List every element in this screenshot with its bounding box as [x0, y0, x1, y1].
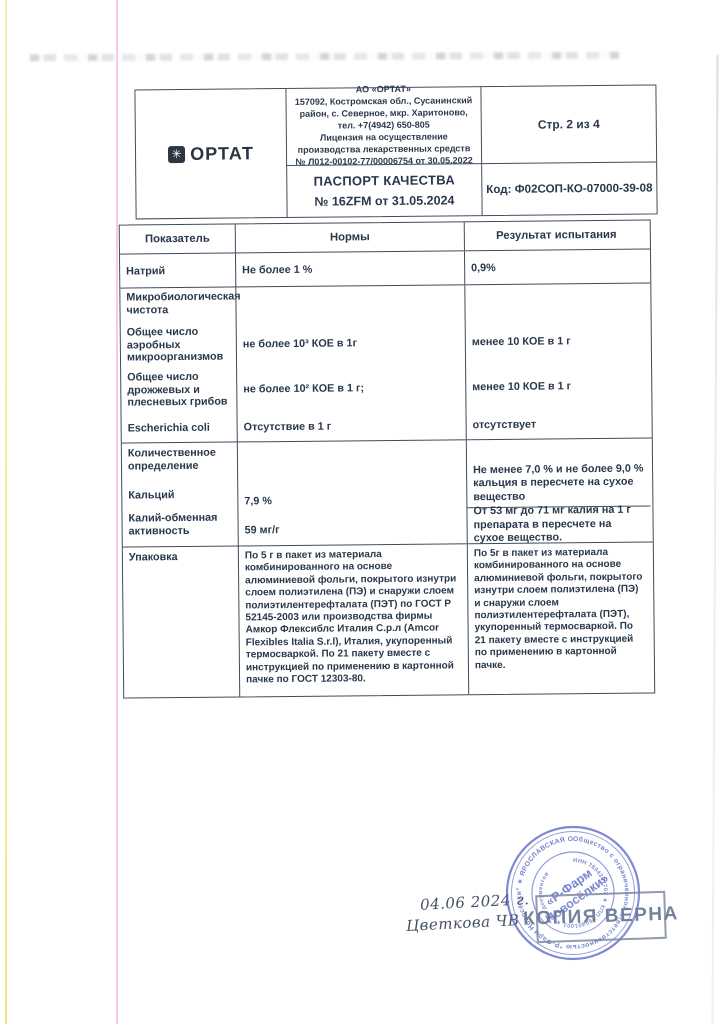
copy-verna-stamp: КОПИЯ ВЕРНА	[535, 891, 667, 944]
ortat-logo-icon: ✳	[168, 145, 185, 162]
row-result: менее 10 КОЕ в 1 г	[465, 320, 649, 364]
row-result: По 5г в пакет из материала комбинированн…	[467, 543, 652, 695]
logo-cell: ✳ ОРТАТ	[135, 89, 286, 218]
doc-title: ПАСПОРТ КАЧЕСТВА	[314, 172, 456, 188]
page-number: Стр. 2 из 4	[480, 85, 656, 164]
row-norm: Не более 1 %	[235, 251, 464, 286]
col-header-norms: Нормы	[235, 222, 464, 252]
row-result: 0,9%	[464, 250, 648, 285]
doc-number: № 16ZFM от 31.05.2024	[314, 193, 454, 208]
row-name: Упаковка	[123, 546, 239, 697]
row-norm: От 53 мг до 71 мг калия на 1 г препарата…	[466, 507, 650, 544]
row-name: Escherichia coli	[122, 413, 237, 442]
quality-table: Показатель Нормы Результат испытания Нат…	[119, 220, 656, 699]
org-name: АО «ОРТАТ»	[356, 84, 411, 96]
doc-title-cell: ПАСПОРТ КАЧЕСТВА № 16ZFM от 31.05.2024	[286, 164, 481, 217]
row-norm: не более 10³ КОЕ в 1г	[236, 321, 465, 365]
table-section-quantitative: Количественное определение Кальций Калий…	[122, 439, 653, 548]
row-name: Кальций	[128, 488, 231, 502]
section-title: Количественное определение	[128, 447, 231, 474]
col-header-indicator: Показатель	[120, 224, 235, 253]
section-title-cell: Количественное определение Кальций Калий…	[122, 442, 238, 546]
row-norm: Не менее 7,0 % и не более 9,0 % кальция …	[466, 439, 651, 509]
result-cell: 7,9 % 59 мг/г	[237, 440, 467, 545]
logo-text: ОРТАТ	[190, 143, 254, 165]
header-table: ✳ ОРТАТ АО «ОРТАТ» 157092, Костромская о…	[134, 84, 657, 219]
col-header-result: Результат испытания	[464, 221, 648, 251]
org-license: Лицензия на осуществление производства л…	[293, 131, 475, 156]
table-row-packaging: Упаковка По 5 г в пакет из материала ком…	[123, 542, 654, 697]
empty-cell	[464, 284, 648, 322]
row-result: менее 10 КОЕ в 1 г	[465, 362, 649, 412]
row-name: Натрий	[120, 253, 235, 287]
organization-block: АО «ОРТАТ» 157092, Костромская обл., Сус…	[285, 87, 481, 166]
row-norm: не более 10² КОЕ в 1 г;	[236, 363, 465, 413]
row-norm: По 5 г в пакет из материала комбинирован…	[238, 544, 468, 696]
row-name: Общее число аэробных микроорганизмов	[121, 323, 236, 366]
table-row-natriy: Натрий Не более 1 % 0,9%	[120, 250, 650, 289]
row-result: 59 мг/г	[245, 522, 461, 536]
table-section-microbiology: Микробиологическая чистота Общее число а…	[120, 284, 651, 444]
row-name: Общее число дрожжевых и плесневых грибов	[121, 365, 236, 414]
row-result: 7,9 %	[244, 493, 460, 507]
row-result: отсутствует	[466, 410, 650, 440]
empty-cell	[235, 285, 464, 323]
section-title: Микробиологическая чистота	[120, 287, 235, 324]
row-norm: Отсутствие в 1 г	[237, 411, 466, 441]
doc-code: Код: Ф02СОП-КО-07000-39-08	[481, 162, 656, 215]
scanned-document-page: ✳ ОРТАТ АО «ОРТАТ» 157092, Костромская о…	[0, 0, 724, 1024]
org-address: 157092, Костромская обл., Сусанинский ра…	[292, 95, 474, 132]
row-name: Калий-обменная активность	[128, 511, 231, 538]
